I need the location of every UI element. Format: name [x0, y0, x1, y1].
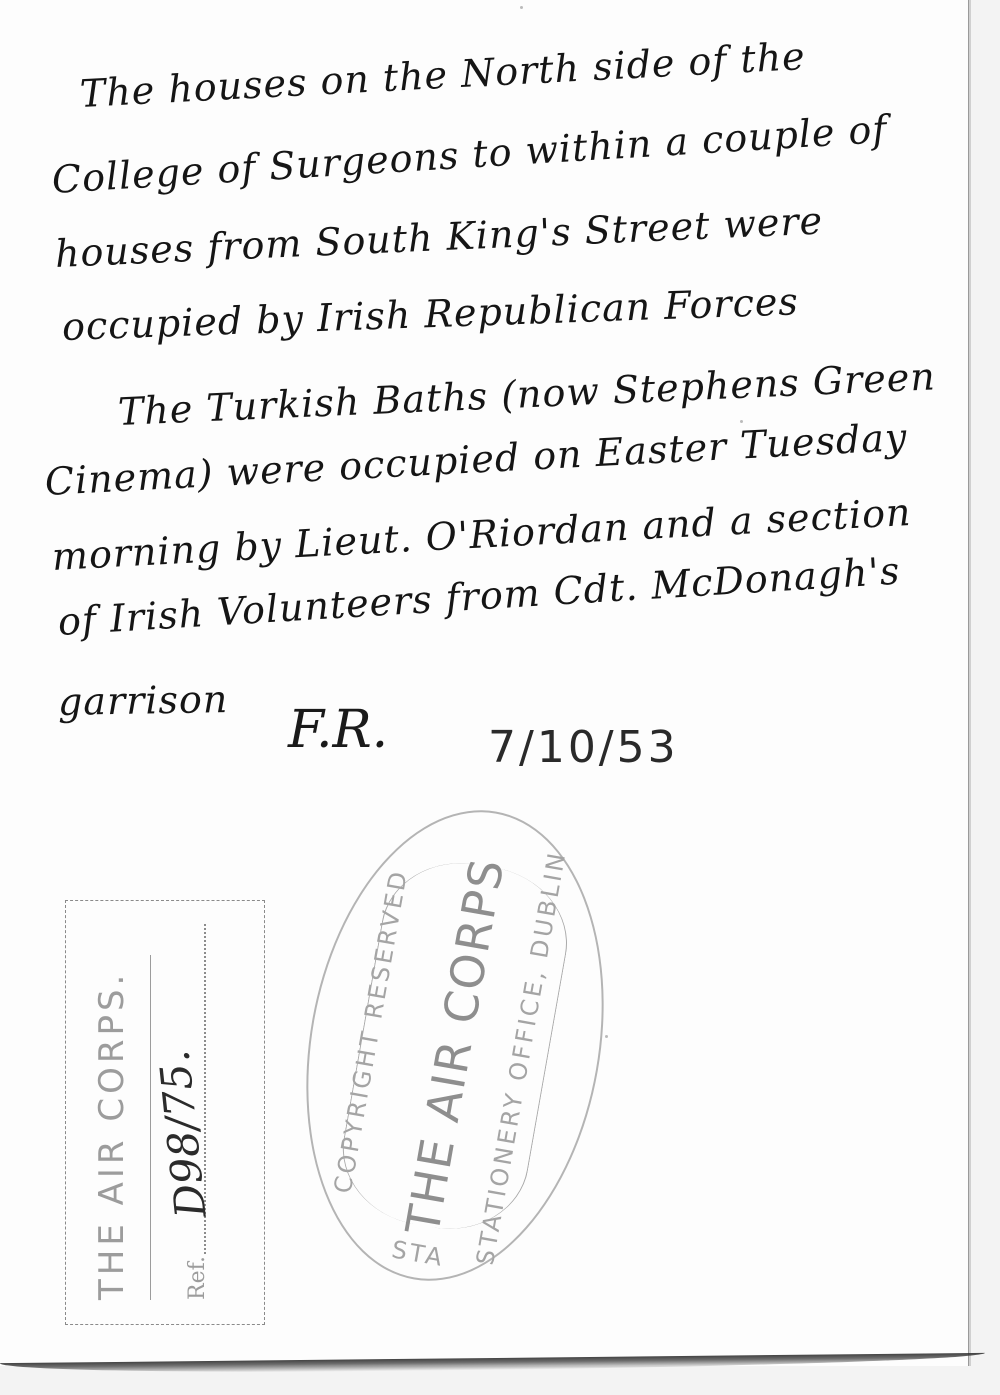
- handwritten-line: The houses on the North side of the: [79, 34, 807, 116]
- ref-stamp-title: THE AIR CORPS.: [92, 970, 132, 1299]
- ref-stamp-divider: [150, 955, 151, 1300]
- copyright-oval-stamp: COPYRIGHT RESERVED STATIONERY OFFICE, DU…: [271, 786, 639, 1304]
- ref-stamp-label: Ref.: [185, 1256, 210, 1300]
- air-corps-ref-stamp: THE AIR CORPS. Ref. D98/75.: [65, 900, 265, 1325]
- oval-stamp-ring-text-bottom: STA: [390, 1235, 448, 1272]
- paper-speck: [520, 6, 523, 9]
- handwritten-line: College of Surgeons to within a couple o…: [51, 107, 889, 202]
- signature: F.R.: [288, 700, 388, 760]
- handwritten-line: occupied by Irish Republican Forces: [61, 279, 799, 349]
- paper-speck: [605, 1035, 608, 1038]
- photo-back-paper: The houses on the North side of the Coll…: [0, 0, 969, 1366]
- paper-speck: [740, 420, 743, 423]
- handwritten-line: garrison: [58, 677, 229, 724]
- handwritten-line: houses from South King's Street were: [54, 198, 824, 275]
- handwritten-date: 7/10/53: [488, 722, 679, 773]
